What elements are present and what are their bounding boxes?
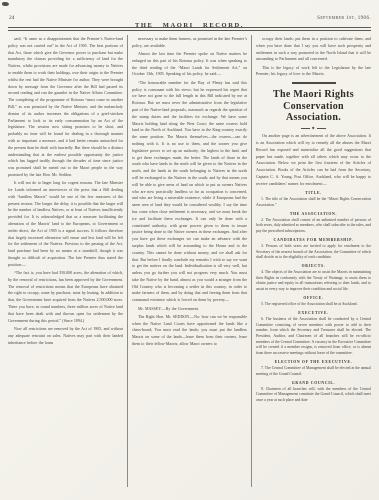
section-body: 8. Chairmen of all branches will, with t… <box>256 387 371 404</box>
paragraph: occupy their lands; put them in a positi… <box>256 36 371 63</box>
articles-of-association: TITLE.1. The title of the Association sh… <box>256 191 371 403</box>
column-2: necessary to make them farmers, as promi… <box>128 35 251 487</box>
paragraph: Almost the last time the Premier spoke o… <box>132 51 247 78</box>
heading-ornament <box>256 127 371 129</box>
article-intro: On another page is an advertisement of t… <box>256 133 371 187</box>
scan-artifact <box>2 2 9 6</box>
article-divider <box>292 82 336 84</box>
section-heading: GRAND COUNCIL. <box>256 381 371 386</box>
column-1-text: said, “It came as a disappointment that … <box>8 36 123 346</box>
paragraph: The Right Hon. Mr. SEDDON.—No: how can w… <box>132 314 247 348</box>
section-body: 7. The Central Committee of Management s… <box>256 366 371 377</box>
ornament-bar <box>301 128 310 129</box>
paragraph: necessary to make them farmers, as promi… <box>132 36 247 50</box>
publication-title: THE MAORI RECORD. <box>8 22 371 29</box>
section-body: 6. The business of the Association shall… <box>256 317 371 356</box>
paragraph: “The fact is, you have had 350,000 acres… <box>8 270 123 324</box>
page-columns: said, “It came as a disappointment that … <box>8 35 371 487</box>
ornament-diamond <box>312 126 315 129</box>
section-body: 4. The objects of the Association are to… <box>256 270 371 292</box>
column-3-text: occupy their lands; put them in a positi… <box>256 36 371 78</box>
section-heading: TITLE. <box>256 191 371 196</box>
section-body: 5. The registered office of the Associat… <box>256 302 371 308</box>
section-body: 1. The title of the Association shall be… <box>256 197 371 208</box>
section-heading: THE ASSOCIATION. <box>256 212 371 217</box>
section-body: 3. Persons of both sexes are invited to … <box>256 244 371 261</box>
issue-date: September 1st, 1906. <box>317 15 371 21</box>
column-1: said, “It came as a disappointment that … <box>8 35 127 487</box>
section-body: 2. The Association shall consist of an u… <box>256 218 371 235</box>
section-heading: OBJECTS. <box>256 264 371 269</box>
paragraph: Now all restrictions are removed by the … <box>8 326 123 346</box>
paragraph: “The honourable member for the Bay of Pl… <box>132 80 247 304</box>
section-heading: ELECTION OF THE EXECUTIVE. <box>256 360 371 365</box>
column-3: occupy their lands; put them in a positi… <box>252 35 371 487</box>
paragraph: It will not do to linger long for cogent… <box>8 180 123 268</box>
column-2-text: necessary to make them farmers, as promi… <box>132 36 247 348</box>
paragraph: said, “It came as a disappointment that … <box>8 36 123 179</box>
paragraph: Mr. MASSEY.—By the Government. <box>132 306 247 313</box>
ornament-bar <box>317 128 326 129</box>
section-heading: EXECUTIVE. <box>256 311 371 316</box>
page-header: 24 THE MAORI RECORD. September 1st, 1906… <box>8 14 371 24</box>
article-heading: The Maori Rights Conservation Associatio… <box>258 89 369 124</box>
section-heading: OFFICE. <box>256 296 371 301</box>
page-number: 24 <box>9 15 15 21</box>
newspaper-page: 24 THE MAORI RECORD. September 1st, 1906… <box>0 0 379 487</box>
section-heading: CANDIDATES FOR MEMBERSHIP. <box>256 238 371 243</box>
paragraph: This is the legacy of work left to the L… <box>256 65 371 79</box>
